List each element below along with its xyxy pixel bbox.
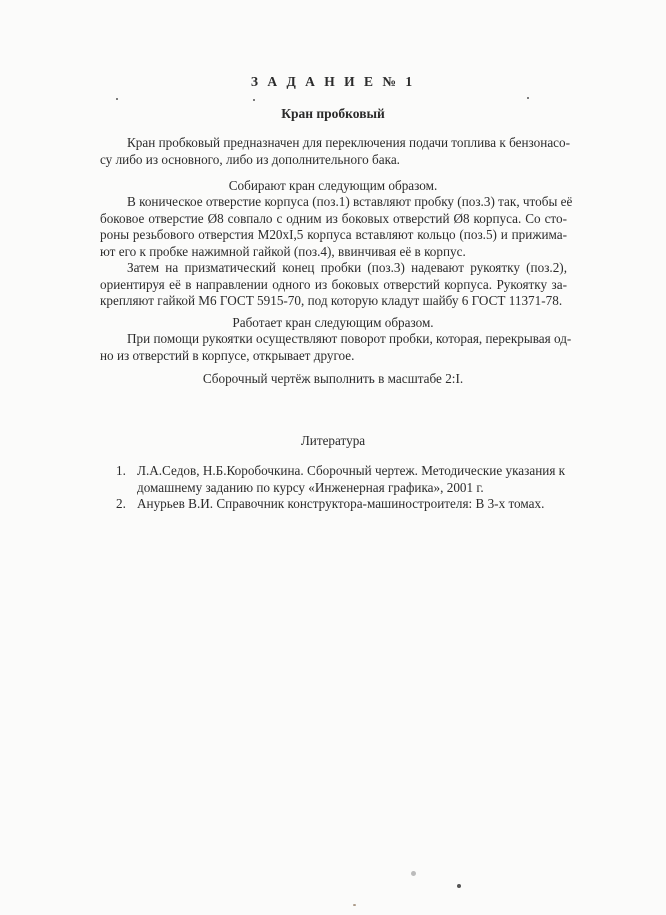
scanned-page: З А Д А Н И Е № 1 Кран пробковый Кран пр…	[0, 0, 666, 915]
literature-item: 2. Анурьев В.И. Справочник конструктора-…	[116, 496, 576, 513]
assembly-paragraph-2: Затем на призматический конец пробки (по…	[100, 260, 567, 310]
literature-item: 1. Л.А.Седов, Н.Б.Коробочкина. Сборочный…	[116, 463, 576, 496]
text-line: су либо из основного, либо из дополнител…	[100, 152, 567, 169]
text-line: Затем на призматический конец пробки (по…	[100, 260, 567, 277]
text-line: Кран пробковый предназначен для переключ…	[100, 135, 567, 152]
scale-note: Сборочный чертёж выполнить в масштабе 2:…	[0, 371, 666, 387]
text-line: но из отверстий в корпусе, открывает дру…	[100, 348, 567, 365]
text-line: Анурьев В.И. Справочник конструктора-маш…	[137, 496, 576, 513]
text-line: домашнему заданию по курсу «Инженерная г…	[137, 480, 576, 497]
text-line: боковое отверстие Ø8 совпало с одним из …	[100, 211, 567, 228]
scan-speck	[457, 884, 461, 888]
assignment-subtitle: Кран пробковый	[0, 106, 666, 122]
scan-speck	[353, 904, 356, 906]
assignment-title: З А Д А Н И Е № 1	[0, 74, 666, 90]
literature-list: 1. Л.А.Седов, Н.Б.Коробочкина. Сборочный…	[116, 463, 576, 513]
text-line: В коническое отверстие корпуса (поз.1) в…	[100, 194, 567, 211]
assembly-paragraph-1: В коническое отверстие корпуса (поз.1) в…	[100, 194, 567, 260]
text-line: Л.А.Седов, Н.Б.Коробочкина. Сборочный че…	[137, 463, 576, 480]
scan-speck	[527, 97, 529, 99]
intro-paragraph: Кран пробковый предназначен для переключ…	[100, 135, 567, 168]
item-number: 2.	[116, 496, 126, 513]
scan-speck	[253, 99, 255, 101]
scan-speck	[116, 98, 118, 100]
literature-heading: Литература	[0, 433, 666, 449]
item-number: 1.	[116, 463, 126, 480]
assembly-heading: Собирают кран следующим образом.	[0, 178, 666, 194]
text-line: ют его к пробке нажимной гайкой (поз.4),…	[100, 244, 567, 261]
operation-paragraph: При помощи рукоятки осуществляют поворот…	[100, 331, 567, 364]
text-line: При помощи рукоятки осуществляют поворот…	[100, 331, 567, 348]
operation-heading: Работает кран следующим образом.	[0, 315, 666, 331]
scan-speck	[411, 871, 416, 876]
text-line: крепляют гайкой M6 ГОСТ 5915-70, под кот…	[100, 293, 567, 310]
text-line: ориентируя её в направлении одного из бо…	[100, 277, 567, 294]
text-line: роны резьбового отверстия M20xI,5 корпус…	[100, 227, 567, 244]
